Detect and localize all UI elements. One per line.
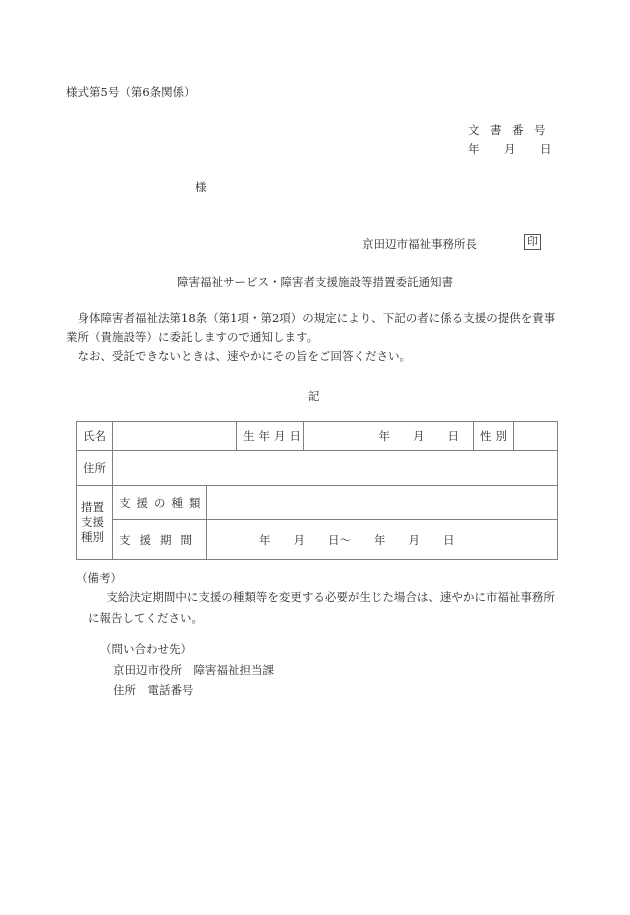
table-row: 氏名 生年月日 年 月 日 性別 [77, 422, 558, 451]
remarks-heading: （備考） [76, 570, 122, 586]
category-label-line: 種別 [81, 530, 108, 545]
document-title-text: 障害福祉サービス・障害者支援施設等措置委託通知書 [177, 275, 453, 289]
table-row: 住所 [77, 451, 558, 486]
recipient-table: 氏名 生年月日 年 月 日 性別 住所 措置 支援 種別 支援の種類 支援期間 … [76, 421, 558, 560]
support-type-label: 支援の種類 [113, 486, 207, 520]
table-row: 支援期間 年 月 日〜 年 月 日 [77, 520, 558, 560]
address-field[interactable] [113, 451, 558, 486]
birthdate-field[interactable]: 年 月 日 [304, 422, 474, 451]
remarks-text: 支給決定期間中に支援の種類等を変更する必要が生じた場合は、速やかに市福祉事務所に… [88, 587, 558, 629]
table-row: 措置 支援 種別 支援の種類 [77, 486, 558, 520]
addressee-suffix: 様 [195, 179, 207, 195]
body-text: 身体障害者福祉法第18条（第1項・第2項）の規定により、下記の者に係る支援の提供… [66, 309, 556, 366]
docno-char: 号 [534, 122, 556, 138]
docno-char: 文 [468, 122, 490, 138]
issuer-name: 京田辺市福祉事務所長 [362, 236, 477, 252]
issue-date: 年月日 [468, 141, 552, 157]
address-label: 住所 [77, 451, 113, 486]
seal-mark-icon: 印 [524, 234, 541, 250]
support-period-field[interactable]: 年 月 日〜 年 月 日 [207, 520, 558, 560]
support-type-field[interactable] [207, 486, 558, 520]
category-label-line: 措置 [81, 500, 108, 515]
contact-address-phone: 住所 電話番号 [113, 682, 194, 698]
date-month: 月 [504, 141, 540, 157]
document-title: 障害福祉サービス・障害者支援施設等措置委託通知書 [0, 274, 630, 290]
gender-field[interactable] [514, 422, 558, 451]
category-label-line: 支援 [81, 515, 108, 530]
birthdate-label: 生年月日 [237, 422, 304, 451]
ki-heading: 記 [308, 388, 320, 404]
body-paragraph-2: なお、受託できないときは、速やかにその旨をご回答ください。 [66, 347, 556, 366]
body-paragraph-1: 身体障害者福祉法第18条（第1項・第2項）の規定により、下記の者に係る支援の提供… [66, 309, 556, 347]
docno-char: 番 [512, 122, 534, 138]
remarks-paragraph: 支給決定期間中に支援の種類等を変更する必要が生じた場合は、速やかに市福祉事務所に… [88, 587, 558, 629]
name-field[interactable] [113, 422, 237, 451]
contact-heading: （問い合わせ先） [100, 641, 192, 657]
category-label: 措置 支援 種別 [77, 486, 113, 560]
form-number: 様式第5号（第6条関係） [66, 84, 196, 100]
docno-char: 書 [490, 122, 512, 138]
document-number-label: 文書番号 [468, 122, 556, 138]
gender-label: 性別 [474, 422, 514, 451]
date-day: 日 [540, 141, 552, 157]
name-label: 氏名 [77, 422, 113, 451]
contact-office: 京田辺市役所 障害福祉担当課 [113, 662, 274, 678]
date-year: 年 [468, 141, 504, 157]
support-period-label: 支援期間 [113, 520, 207, 560]
